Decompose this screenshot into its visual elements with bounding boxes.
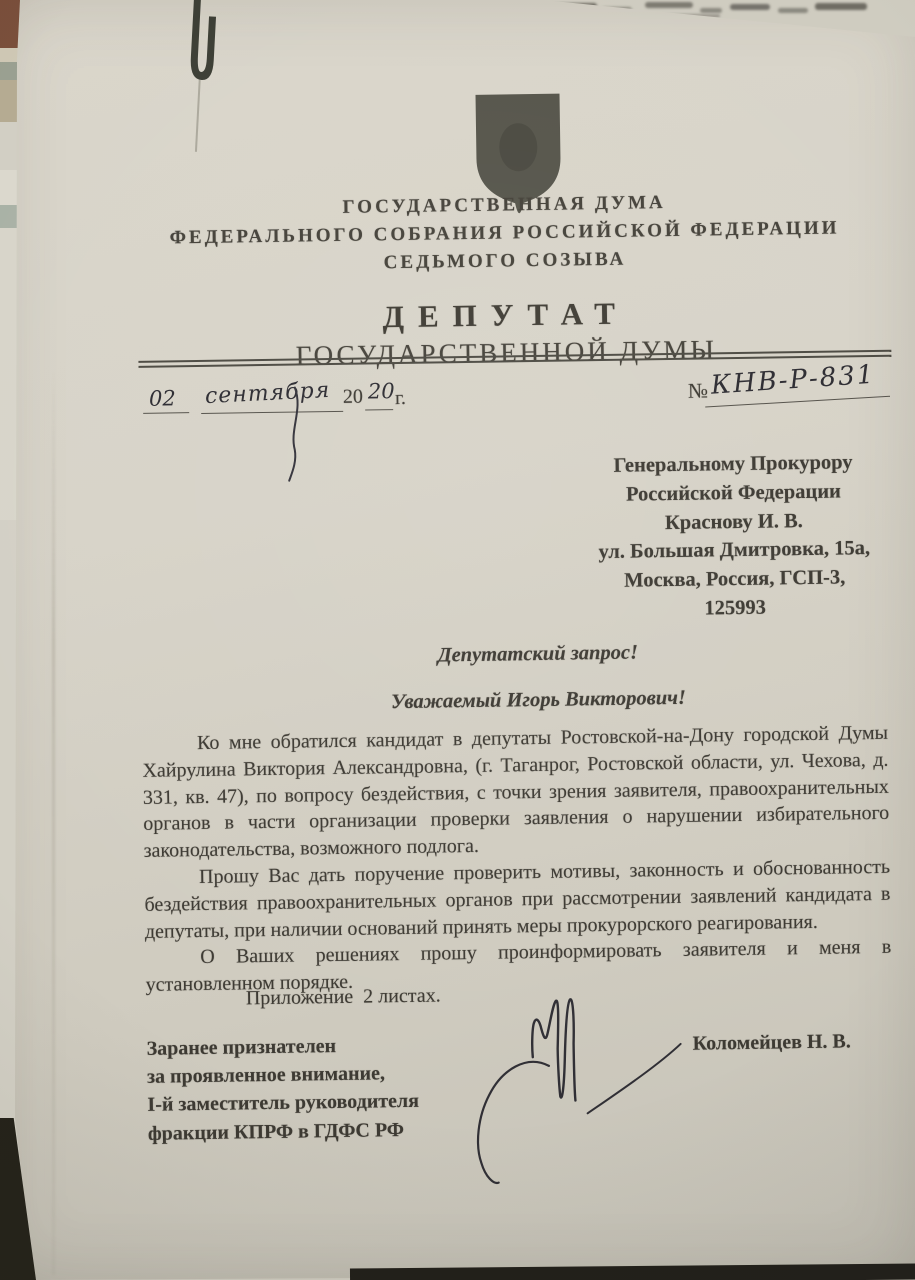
signoff-block: Заранее признателен за проявленное внима… bbox=[146, 1031, 419, 1148]
signature-stroke-spikes bbox=[532, 999, 576, 1101]
signoff-line: I-й заместитель руководителя bbox=[147, 1087, 419, 1119]
signoff-line: Заранее признателен bbox=[146, 1031, 418, 1063]
handwritten-number: КНВ-Р-831 bbox=[710, 360, 876, 401]
recipient-block: Генеральному Прокурору Российской Федера… bbox=[558, 447, 911, 625]
body-paragraph-2: Прошу Вас дать поручение проверить мотив… bbox=[144, 854, 891, 945]
recipient-line: ул. Большая Дмитровка, 15а, bbox=[559, 534, 909, 568]
year-suffix: г. bbox=[395, 387, 406, 410]
photographed-letter: ГОСУДАРСТВЕННАЯ ДУМА ФЕДЕРАЛЬНОГО СОБРАН… bbox=[0, 0, 915, 1280]
signoff-line: за проявленное внимание, bbox=[147, 1059, 419, 1091]
body-paragraph-1: Ко мне обратился кандидат в депутаты Рос… bbox=[142, 720, 890, 865]
day-underline bbox=[143, 412, 189, 414]
signature-stroke-arc bbox=[477, 1062, 551, 1184]
year-underline bbox=[365, 409, 393, 410]
handwritten-day: 02 bbox=[149, 386, 176, 410]
attachment-line: Приложение 2 листах. bbox=[246, 984, 441, 1010]
clip-shadow-line bbox=[195, 80, 201, 152]
recipient-line: 125993 bbox=[560, 591, 910, 625]
pen-flourish bbox=[267, 384, 328, 485]
number-sign: № bbox=[688, 378, 708, 403]
body-text: Ко мне обратился кандидат в депутаты Рос… bbox=[142, 720, 892, 999]
letter-content: ГОСУДАРСТВЕННАЯ ДУМА ФЕДЕРАЛЬНОГО СОБРАН… bbox=[0, 0, 915, 1280]
signature-stroke-tail bbox=[587, 1044, 682, 1113]
signoff-line: фракции КПРФ в ГДФС РФ bbox=[148, 1115, 420, 1147]
flourish-stroke bbox=[288, 388, 299, 481]
paper-clip-icon bbox=[178, 0, 226, 166]
letterhead: ГОСУДАРСТВЕННАЯ ДУМА ФЕДЕРАЛЬНОГО СОБРАН… bbox=[99, 185, 912, 374]
year-prefix: 20 bbox=[343, 386, 363, 409]
salutation-line: Уважаемый Игорь Викторович! bbox=[298, 685, 778, 715]
dateline: 02 сентября 20 20 г. № КНВ-Р-831 bbox=[137, 370, 898, 427]
handwritten-signature bbox=[446, 981, 729, 1215]
handwritten-year: 20 bbox=[368, 379, 395, 403]
paper-clip-shape bbox=[190, 0, 217, 81]
subject-line: Депутатский запрос! bbox=[298, 639, 778, 669]
